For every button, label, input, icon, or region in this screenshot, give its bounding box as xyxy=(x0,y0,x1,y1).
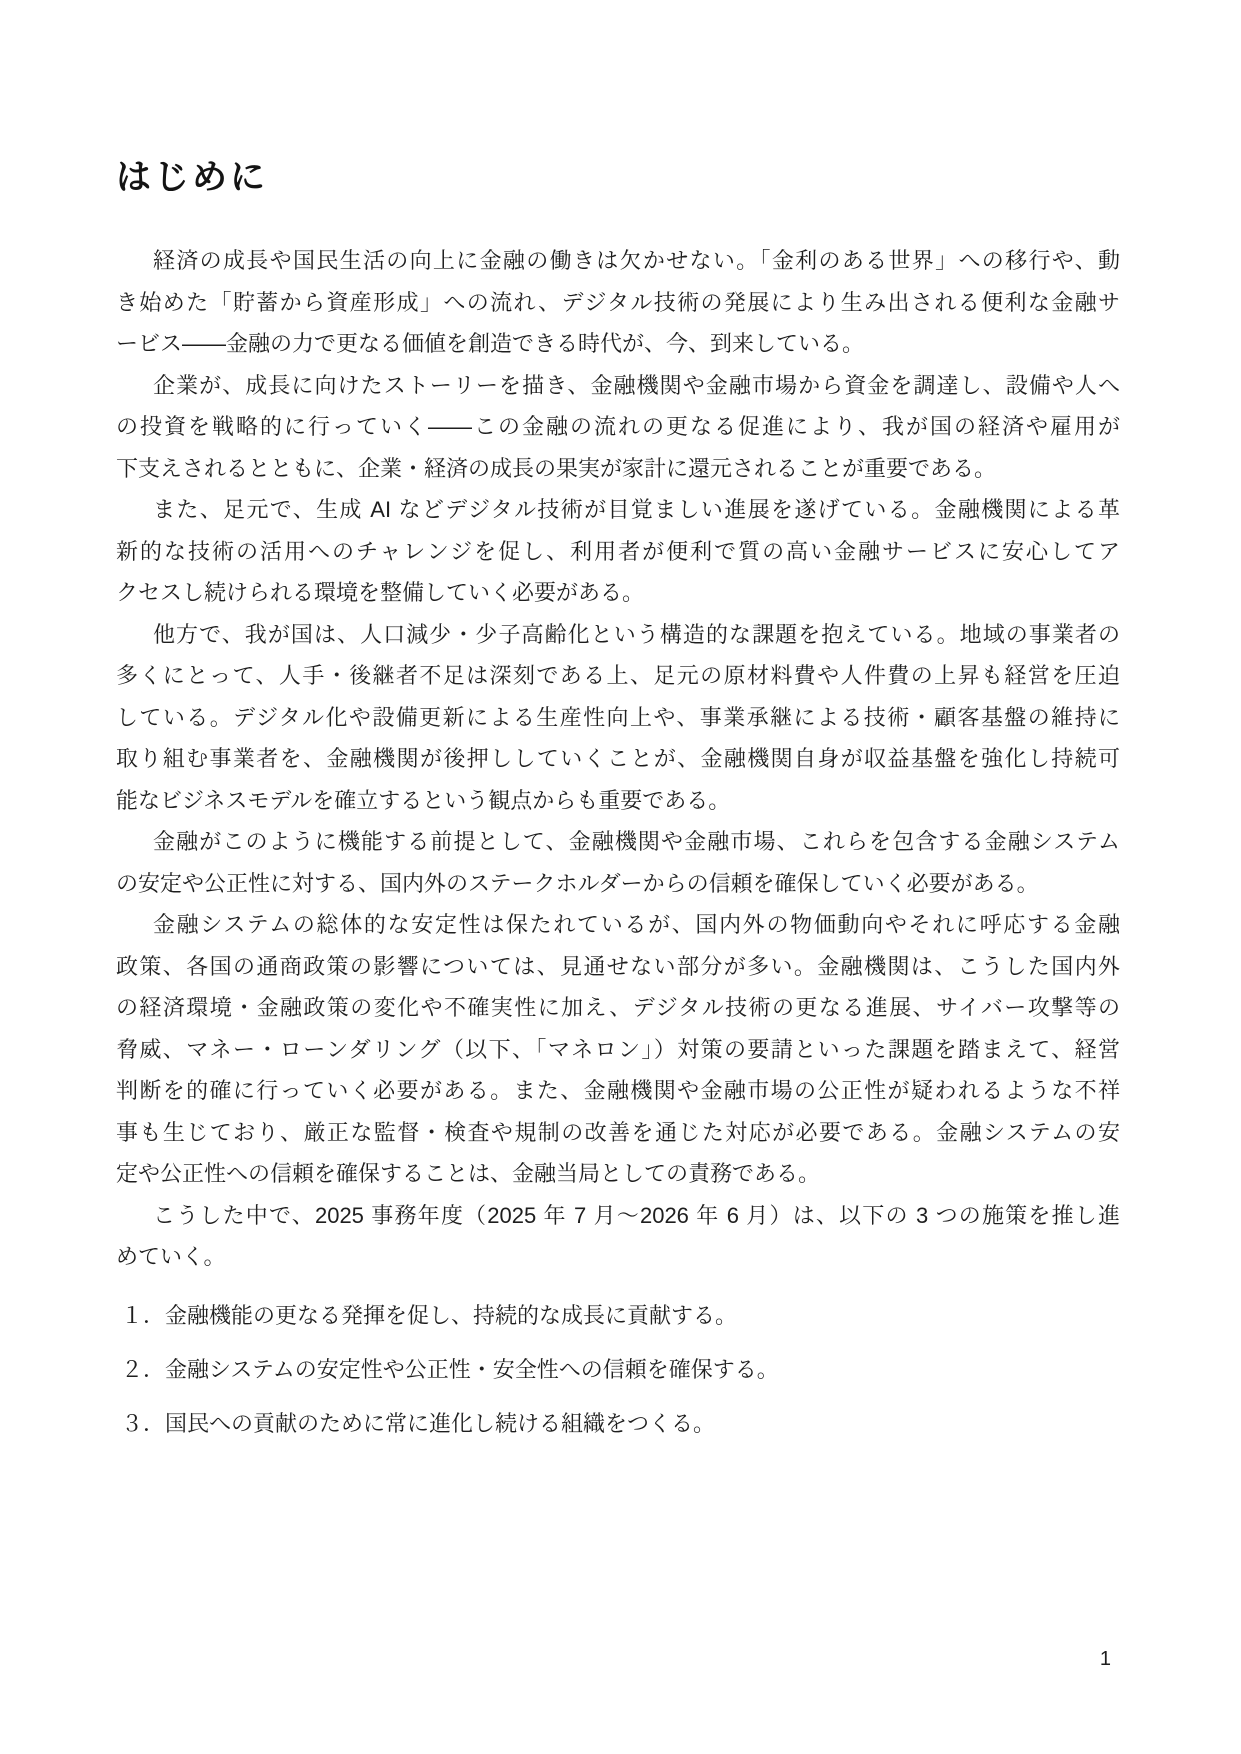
paragraph: また、足元で、生成 AI などデジタル技術が目覚ましい進展を遂げている。金融機関… xyxy=(116,489,1120,614)
document-page: はじめに 経済の成長や国民生活の向上に金融の働きは欠かせない。「金利のある世界」… xyxy=(0,0,1241,1754)
body-line: 他方で、我が国は、人口減少・少子高齢化という構造的な課題を抱えている。地域の事業… xyxy=(116,614,1120,656)
body-text: 経済の成長や国民生活の向上に金融の働きは欠かせない。「金利のある世界」への移行や… xyxy=(116,240,1120,1445)
body-line: 下支えされるとともに、企業・経済の成長の果実が家計に還元されることが重要である。 xyxy=(116,448,1120,490)
paragraph: 経済の成長や国民生活の向上に金融の働きは欠かせない。「金利のある世界」への移行や… xyxy=(116,240,1120,365)
body-line: また、足元で、生成 AI などデジタル技術が目覚ましい進展を遂げている。金融機関… xyxy=(116,489,1120,531)
paragraph: 金融がこのように機能する前提として、金融機関や金融市場、これらを包含する金融シス… xyxy=(116,821,1120,904)
body-line: している。デジタル化や設備更新による生産性向上や、事業承継による技術・顧客基盤の… xyxy=(116,697,1120,739)
page-number: 1 xyxy=(1100,1646,1111,1672)
body-line: めていく。 xyxy=(116,1236,1120,1278)
policy-numbered-list: １．金融機能の更なる発揮を促し、持続的な成長に貢献する。 ２．金融システムの安定… xyxy=(116,1295,1120,1445)
body-line: 金融システムの総体的な安定性は保たれているが、国内外の物価動向やそれに呼応する金… xyxy=(116,904,1120,946)
body-line: 能なビジネスモデルを確立するという観点からも重要である。 xyxy=(116,780,1120,822)
body-line: ービス――金融の力で更なる価値を創造できる時代が、今、到来している。 xyxy=(116,323,1120,365)
list-item: ３．国民への貢献のために常に進化し続ける組織をつくる。 xyxy=(116,1403,1120,1445)
page-content: はじめに 経済の成長や国民生活の向上に金融の働きは欠かせない。「金利のある世界」… xyxy=(116,158,1120,1457)
paragraph: 企業が、成長に向けたストーリーを描き、金融機関や金融市場から資金を調達し、設備や… xyxy=(116,365,1120,490)
body-line: 金融がこのように機能する前提として、金融機関や金融市場、これらを包含する金融シス… xyxy=(116,821,1120,863)
paragraph: こうした中で、2025 事務年度（2025 年 7 月～2026 年 6 月）は… xyxy=(116,1195,1120,1278)
body-line: こうした中で、2025 事務年度（2025 年 7 月～2026 年 6 月）は… xyxy=(116,1195,1120,1237)
paragraph: 金融システムの総体的な安定性は保たれているが、国内外の物価動向やそれに呼応する金… xyxy=(116,904,1120,1195)
body-line: 政策、各国の通商政策の影響については、見通せない部分が多い。金融機関は、こうした… xyxy=(116,946,1120,988)
paragraph: 他方で、我が国は、人口減少・少子高齢化という構造的な課題を抱えている。地域の事業… xyxy=(116,614,1120,822)
body-line: 脅威、マネー・ローンダリング（以下、「マネロン」）対策の要請といった課題を踏まえ… xyxy=(116,1029,1120,1071)
body-line: き始めた「貯蓄から資産形成」への流れ、デジタル技術の発展により生み出される便利な… xyxy=(116,282,1120,324)
body-line: の経済環境・金融政策の変化や不確実性に加え、デジタル技術の更なる進展、サイバー攻… xyxy=(116,987,1120,1029)
body-line: 企業が、成長に向けたストーリーを描き、金融機関や金融市場から資金を調達し、設備や… xyxy=(116,365,1120,407)
body-line: 事も生じており、厳正な監督・検査や規制の改善を通じた対応が必要である。金融システ… xyxy=(116,1112,1120,1154)
body-line: 多くにとって、人手・後継者不足は深刻である上、足元の原材料費や人件費の上昇も経営… xyxy=(116,655,1120,697)
body-line: 取り組む事業者を、金融機関が後押ししていくことが、金融機関自身が収益基盤を強化し… xyxy=(116,738,1120,780)
page-title: はじめに xyxy=(116,158,1120,198)
body-line: 新的な技術の活用へのチャレンジを促し、利用者が便利で質の高い金融サービスに安心し… xyxy=(116,531,1120,573)
body-line: 経済の成長や国民生活の向上に金融の働きは欠かせない。「金利のある世界」への移行や… xyxy=(116,240,1120,282)
list-item: １．金融機能の更なる発揮を促し、持続的な成長に貢献する。 xyxy=(116,1295,1120,1337)
body-line: の投資を戦略的に行っていく――この金融の流れの更なる促進により、我が国の経済や雇… xyxy=(116,406,1120,448)
body-line: の安定や公正性に対する、国内外のステークホルダーからの信頼を確保していく必要があ… xyxy=(116,863,1120,905)
list-item: ２．金融システムの安定性や公正性・安全性への信頼を確保する。 xyxy=(116,1349,1120,1391)
body-line: クセスし続けられる環境を整備していく必要がある。 xyxy=(116,572,1120,614)
body-line: 判断を的確に行っていく必要がある。また、金融機関や金融市場の公正性が疑われるよう… xyxy=(116,1070,1120,1112)
body-line: 定や公正性への信頼を確保することは、金融当局としての責務である。 xyxy=(116,1153,1120,1195)
